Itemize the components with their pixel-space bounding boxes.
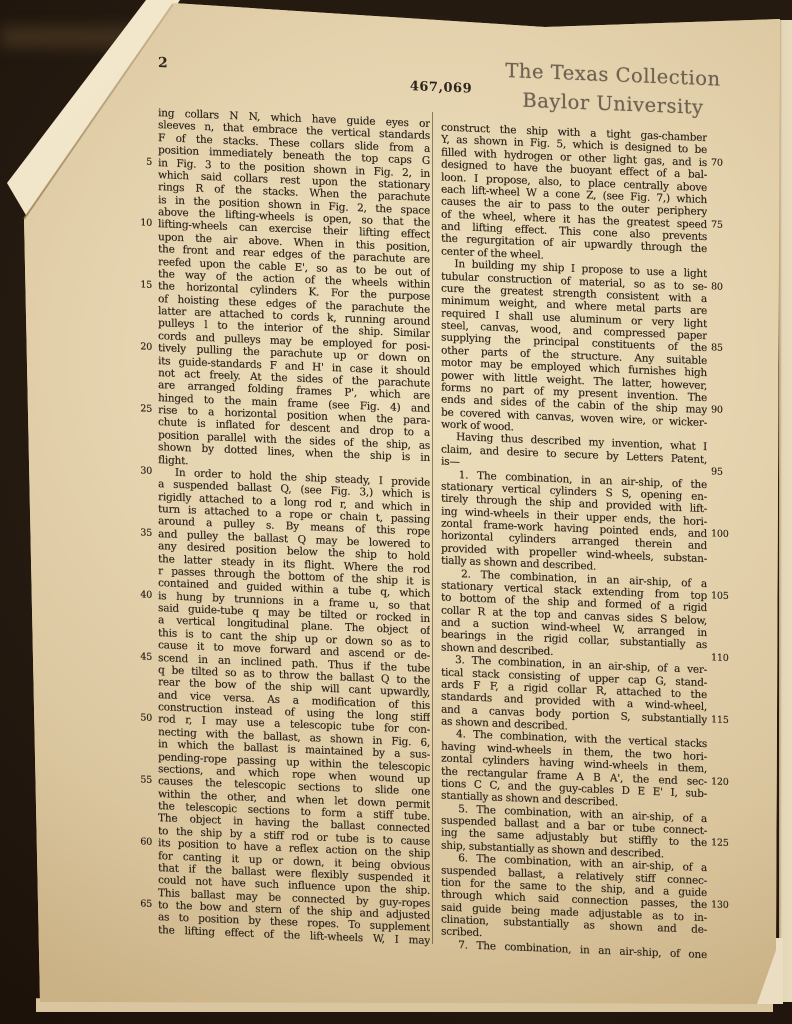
line-number: 50 — [131, 712, 152, 725]
line-number: 130 — [711, 899, 741, 913]
line-number: 80 — [711, 281, 741, 295]
right-column: construct the ship with a tight gas-cham… — [441, 121, 707, 961]
line-number: 120 — [711, 776, 741, 790]
line-number: 105 — [711, 590, 741, 604]
left-column: ing collars N N, which have guide eyes o… — [158, 107, 430, 947]
line-number: 85 — [711, 343, 741, 357]
underlying-page-edge-right — [779, 20, 792, 1002]
line-number: 75 — [711, 219, 741, 233]
line-number: 55 — [131, 774, 152, 787]
line-number: 110 — [711, 652, 741, 666]
line-number: 40 — [131, 589, 152, 602]
line-number: 10 — [131, 217, 152, 230]
line-number: 15 — [131, 279, 152, 292]
line-number: 115 — [711, 714, 741, 728]
line-number: 5 — [131, 155, 152, 168]
page-number: 2 — [158, 55, 168, 71]
line-number: 45 — [131, 650, 152, 663]
scanned-patent-photo: 2 467,069 The Texas Collection Baylor Un… — [0, 0, 792, 1024]
line-number: 65 — [131, 898, 152, 911]
column-divider-rule — [432, 112, 433, 944]
library-stamp: The Texas Collection Baylor University — [494, 55, 732, 123]
line-number: 90 — [711, 404, 741, 418]
line-number: 60 — [131, 836, 152, 849]
patent-number: 467,069 — [401, 79, 481, 97]
line-number: 70 — [711, 157, 741, 171]
line-number: 30 — [131, 465, 152, 478]
line-number: 100 — [711, 528, 741, 542]
line-number: 95 — [711, 466, 741, 480]
line-number: 35 — [131, 527, 152, 540]
line-number: 125 — [711, 838, 741, 852]
line-number: 20 — [131, 341, 152, 354]
line-number: 25 — [131, 403, 152, 416]
